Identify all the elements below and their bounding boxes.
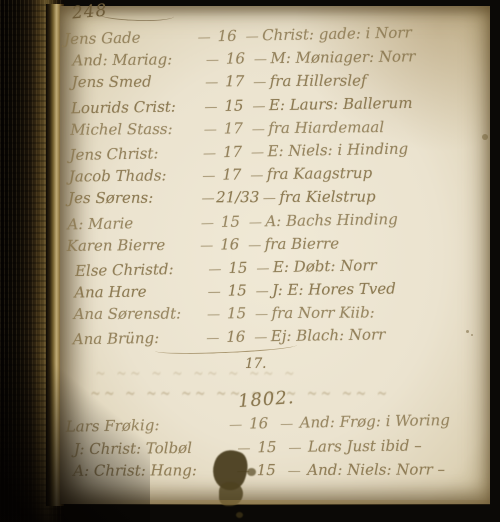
dash-glyph: — xyxy=(245,238,265,253)
entry-note: Lars Just ibid – xyxy=(308,435,486,455)
binding-corner-shadow xyxy=(0,332,150,522)
entry-note: M: Møniager: Norr xyxy=(270,47,490,68)
entry-name: Michel Stass: xyxy=(70,119,202,138)
entry-note: fra Bierre xyxy=(265,233,493,253)
entry-name: Jens Smed xyxy=(72,73,204,92)
entry-name: Karen Bierre xyxy=(67,235,199,254)
entry-name: Ana Hare xyxy=(74,282,206,302)
entry-age: 17 xyxy=(218,119,248,137)
entry-age: 15 xyxy=(215,212,245,230)
dash-glyph: — xyxy=(200,192,216,207)
entry-note: And: Frøg: i Woring xyxy=(300,410,486,431)
dash-glyph: — xyxy=(249,99,269,114)
dash-glyph: — xyxy=(245,215,265,230)
entry-note: fra Hillerslef xyxy=(270,71,491,90)
dash-glyph: — xyxy=(204,53,220,68)
entry-note: And: Niels: Norr – xyxy=(307,460,486,479)
entry-name: Jens Christ: xyxy=(69,143,201,164)
register-entries: Jens Gade—16—Christ: gade: i NorrAnd: Ma… xyxy=(62,23,494,353)
dash-glyph: — xyxy=(252,307,272,322)
ink-speck xyxy=(471,334,473,336)
entry-name: Lourids Crist: xyxy=(71,97,203,117)
ink-speck xyxy=(466,330,469,333)
dash-glyph: — xyxy=(274,417,300,432)
entry-note: E: Niels: i Hinding xyxy=(267,138,491,160)
dash-glyph: — xyxy=(203,99,219,114)
ink-blot xyxy=(236,512,243,518)
register-page-photo: 248 Jens Gade—16—Christ: gade: i NorrAnd… xyxy=(0,0,500,522)
entry-note: E: Laurs: Ballerum xyxy=(269,92,491,113)
dash-glyph: — xyxy=(201,169,217,184)
dash-glyph: — xyxy=(282,440,308,455)
entry-name: A: Marie xyxy=(67,213,199,233)
entry-name: Ana Sørensdt: xyxy=(73,305,205,324)
dash-glyph: — xyxy=(204,76,220,91)
entry-age: 16 xyxy=(212,27,242,46)
entry-age: 15 xyxy=(223,258,253,277)
dash-glyph: — xyxy=(201,146,217,161)
dash-glyph: — xyxy=(242,29,262,44)
entry-age: 16 xyxy=(215,235,245,253)
entry-note: fra Kielstrup xyxy=(279,187,492,206)
entry-note: E: Døbt: Norr xyxy=(273,254,493,276)
dash-glyph: — xyxy=(248,122,268,137)
entry-note: fra Hiardemaal xyxy=(268,117,491,137)
entry-age: 17 xyxy=(220,72,250,90)
entry-age: 15 xyxy=(252,437,282,455)
entry-note: Christ: gade: i Norr xyxy=(262,22,490,44)
dash-glyph: — xyxy=(199,215,215,230)
dash-glyph: — xyxy=(259,191,279,206)
entry-age: 16 xyxy=(244,414,274,433)
entry-note: Ej: Blach: Norr xyxy=(271,324,494,346)
ink-blot xyxy=(247,468,256,476)
entry-age: 17 xyxy=(217,166,247,184)
entry-age: 21/33 xyxy=(216,188,259,206)
dash-glyph: — xyxy=(202,122,218,137)
entry-name: Jacob Thads: xyxy=(69,166,201,186)
dash-glyph: — xyxy=(247,168,267,183)
dash-glyph: — xyxy=(196,30,212,45)
entry-name: Else Christd: xyxy=(75,259,207,280)
entry-note: fra Norr Kiib: xyxy=(271,303,493,322)
dash-glyph: — xyxy=(228,418,244,433)
entry-note: A: Bachs Hinding xyxy=(265,208,492,230)
dash-glyph: — xyxy=(252,284,272,299)
entry-name: And: Mariag: xyxy=(72,50,204,70)
dash-glyph: — xyxy=(206,285,222,300)
dash-glyph: — xyxy=(250,75,270,90)
entry-age: 16 xyxy=(220,50,250,68)
entry-age: 15 xyxy=(221,304,251,322)
entry-note: fra Kaagstrup xyxy=(267,163,492,184)
entry-name: Jens Gade xyxy=(64,28,196,49)
dash-glyph: — xyxy=(247,145,267,160)
dash-glyph: — xyxy=(281,464,307,479)
ink-speck xyxy=(482,134,488,140)
dash-glyph: — xyxy=(206,308,222,323)
entry-age: 17 xyxy=(217,143,247,162)
dash-glyph: — xyxy=(253,261,273,276)
dash-glyph: — xyxy=(199,238,215,253)
year-heading: 1802. xyxy=(237,387,295,412)
dash-glyph: — xyxy=(250,52,270,67)
entry-age: 15 xyxy=(219,96,249,114)
entry-name: Jes Sørens: xyxy=(68,189,200,208)
entry-age: 15 xyxy=(222,281,252,299)
dash-glyph: — xyxy=(207,262,223,277)
entry-note: J: E: Hores Tved xyxy=(272,278,493,299)
